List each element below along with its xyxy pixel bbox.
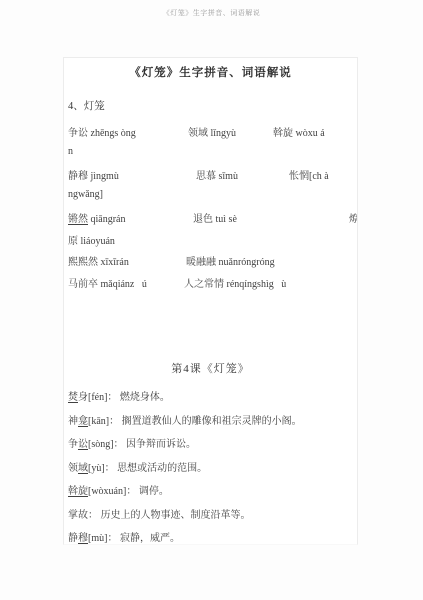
text-part: [wòxuán]： 调停。 — [88, 486, 169, 497]
pinyin-line: 争讼 zhēngs òng领域 lǐngyù斡旋 wòxu á — [68, 124, 353, 146]
pinyin-word: 人之常情 rénqíngshìg ù — [184, 275, 286, 290]
text-part: 领 — [68, 463, 78, 474]
underlined-term: 龛 — [78, 416, 88, 427]
pinyin-line: 锵然 qiāngrán退色 tuì sè燎 — [68, 210, 353, 232]
pinyin-word: 退色 tuì sè — [193, 210, 237, 225]
text-part: 静穆 jìngmù — [68, 171, 119, 182]
definition-row: 争讼[sòng]： 因争辩而诉讼。 — [68, 435, 353, 459]
underlined-term: 讼 — [78, 439, 88, 450]
pinyin-line: n — [68, 146, 353, 168]
pinyin-word-list: 争讼 zhēngs òng领域 lǐngyù斡旋 wòxu án静穆 jìngm… — [68, 124, 353, 296]
pinyin-word: 锵然 qiāngrán — [68, 210, 126, 225]
text-part: 思慕 sīmù — [196, 171, 238, 182]
definition-row: 静穆[mù]： 寂静，威严。 — [68, 529, 353, 545]
pinyin-word: 思慕 sīmù — [196, 167, 238, 182]
definition-row: 神龛[kān]： 搁置道教仙人的雕像和祖宗灵牌的小阁。 — [68, 412, 353, 436]
underlined-term: 斡旋 — [68, 486, 88, 497]
pinyin-line: ngwǎng] — [68, 189, 353, 211]
text-part: 领域 lǐngyù — [188, 128, 236, 139]
section-heading: 第4课《灯笼》 — [68, 362, 353, 376]
pinyin-word: 怅惘[ch à — [289, 167, 329, 182]
pinyin-word: 暖融融 nuǎnróngróng — [186, 253, 275, 268]
page-title: 《灯笼》生字拼音、词语解说 — [68, 67, 353, 80]
definition-row: 斡旋[wòxuán]： 调停。 — [68, 482, 353, 506]
pinyin-line: 静穆 jìngmù思慕 sīmù怅惘[ch à — [68, 167, 353, 189]
pinyin-line: 马前卒 mǎqiánz ú人之常情 rénqíngshìg ù — [68, 275, 353, 297]
text-part: 斡旋 wòxu á — [273, 128, 325, 139]
document-page: 《灯笼》生字拼音、词语解说 4、灯笼 争讼 zhēngs òng领域 lǐngy… — [63, 57, 358, 545]
pinyin-word: 燎 — [349, 210, 358, 225]
definition-list: 焚身[fén]： 燃烧身体。神龛[kān]： 搁置道教仙人的雕像和祖宗灵牌的小阁… — [68, 388, 353, 545]
pinyin-word: 领域 lǐngyù — [188, 124, 236, 139]
text-part: [kān]： 搁置道教仙人的雕像和祖宗灵牌的小阁。 — [88, 416, 302, 427]
text-part: 人之常情 rénqíngshìg ù — [184, 279, 286, 290]
text-part: n — [68, 146, 73, 157]
pinyin-word: 熙熙然 xīxīrán — [68, 253, 129, 268]
text-part: 身[fén]： 燃烧身体。 — [78, 392, 170, 403]
pinyin-line: 熙熙然 xīxīrán暖融融 nuǎnróngróng — [68, 253, 353, 275]
underlined-term: 锵然 — [68, 214, 88, 225]
text-part: 暖融融 nuǎnróngróng — [186, 257, 275, 268]
text-part: 怅惘[ch à — [289, 171, 329, 182]
text-part: [yù]： 思想或活动的范围。 — [88, 463, 207, 474]
underlined-term: 穆 — [78, 533, 88, 544]
text-part: 争 — [68, 439, 78, 450]
text-part: 掌故： 历史上的人物事迹、制度沿革等。 — [68, 510, 251, 521]
document-header-title: 《灯笼》生字拼音、词语解说 — [0, 8, 423, 18]
pinyin-word: 马前卒 mǎqiánz ú — [68, 275, 147, 290]
pinyin-word: 斡旋 wòxu á — [273, 124, 325, 139]
text-part: 熙熙然 xīxīrán — [68, 257, 129, 268]
text-part: [mù]： 寂静，威严。 — [88, 533, 180, 544]
text-part: 神 — [68, 416, 78, 427]
text-part: [sòng]： 因争辩而诉讼。 — [88, 439, 196, 450]
pinyin-word: 原 liáoyuán — [68, 232, 115, 247]
pinyin-word: 静穆 jìngmù — [68, 167, 119, 182]
text-part: ngwǎng] — [68, 189, 103, 200]
pinyin-line: 原 liáoyuán — [68, 232, 353, 254]
definition-row: 掌故： 历史上的人物事迹、制度沿革等。 — [68, 506, 353, 530]
definition-row: 领域[yù]： 思想或活动的范围。 — [68, 459, 353, 483]
text-part: 静 — [68, 533, 78, 544]
underlined-term: 域 — [78, 463, 88, 474]
definition-row: 焚身[fén]： 燃烧身体。 — [68, 388, 353, 412]
lesson-heading: 4、灯笼 — [68, 100, 353, 113]
pinyin-word: ngwǎng] — [68, 189, 103, 200]
text-part: 争讼 zhēngs òng — [68, 128, 136, 139]
text-part: 燎 — [349, 214, 358, 225]
pinyin-word: 争讼 zhēngs òng — [68, 124, 136, 139]
text-part: 原 liáoyuán — [68, 236, 115, 247]
text-part: qiāngrán — [88, 214, 126, 225]
underlined-term: 焚 — [68, 392, 78, 403]
text-part: 退色 tuì sè — [193, 214, 237, 225]
text-part: 马前卒 mǎqiánz ú — [68, 279, 147, 290]
pinyin-word: n — [68, 146, 73, 157]
